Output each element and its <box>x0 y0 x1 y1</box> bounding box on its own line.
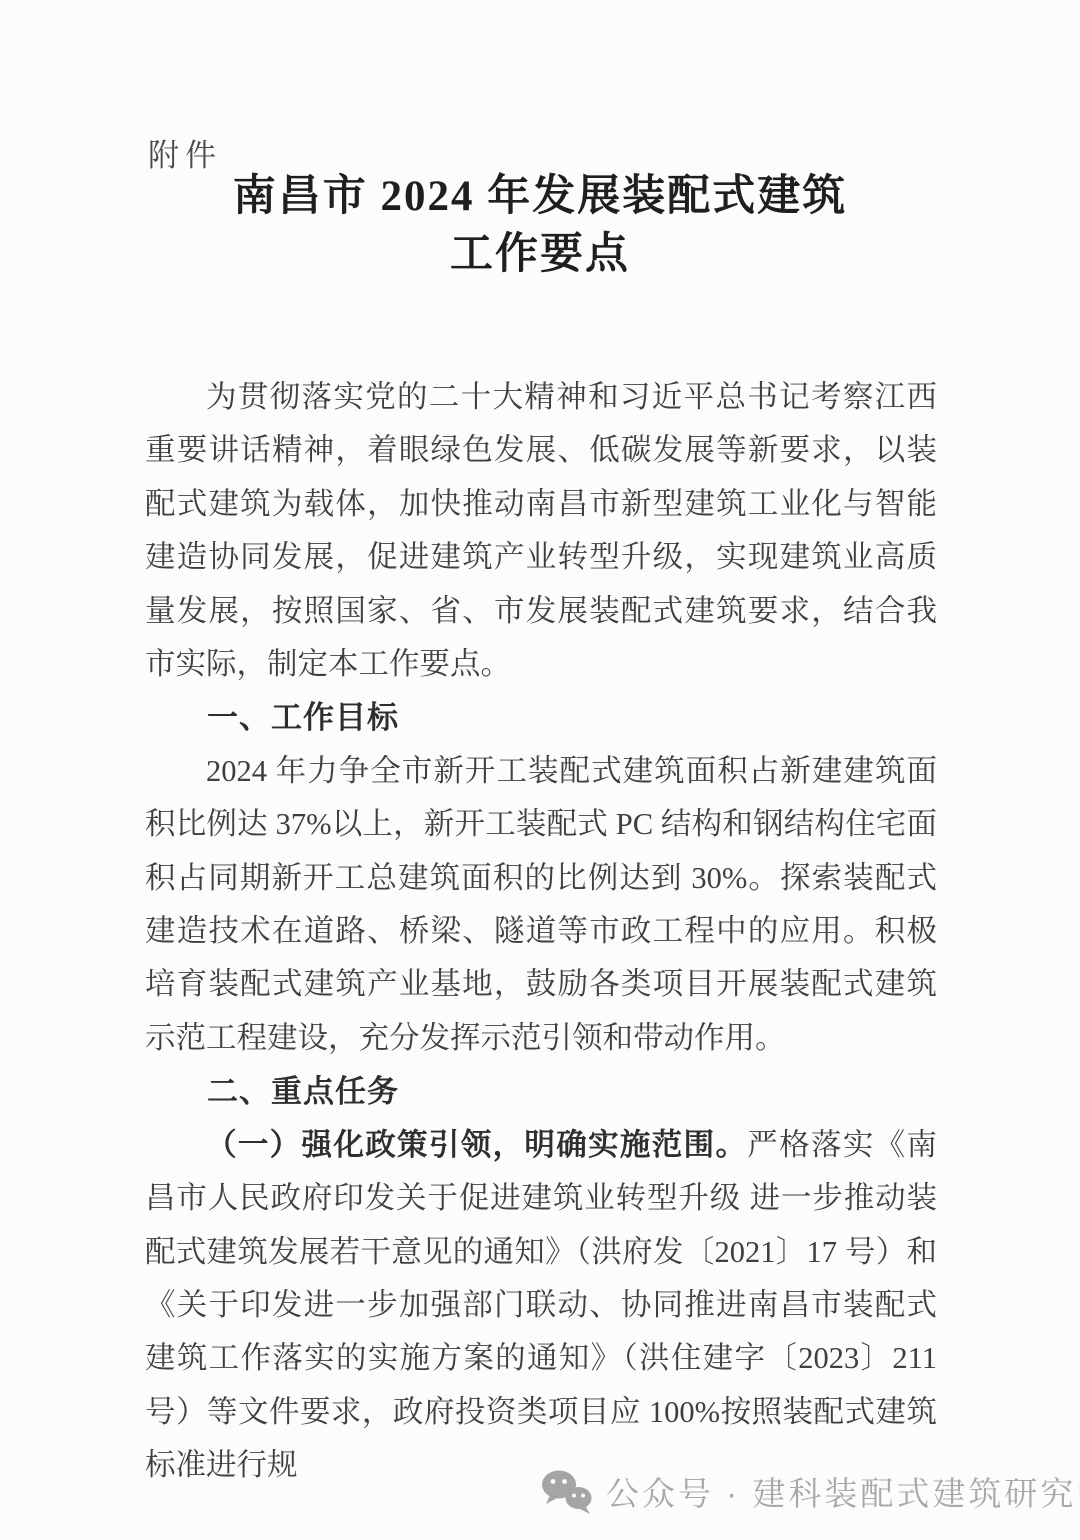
document-title-line2: 工作要点 <box>0 226 1080 284</box>
section-heading-key-tasks: 二、重点任务 <box>145 1065 937 1118</box>
section1-paragraph: 2024 年力争全市新开工装配式建筑面积占新建建筑面积比例达 37%以上，新开工… <box>145 745 937 1065</box>
watermark-footer: 公众号 · 建科装配式建筑研究中心 <box>540 1468 1080 1515</box>
item1-lead-text: （一）强化政策引领，明确实施范围。 <box>206 1128 747 1162</box>
document-title: 南昌市 2024 年发展装配式建筑 工作要点 <box>0 168 1080 284</box>
section2-item1-paragraph: （一）强化政策引领，明确实施范围。严格落实《南昌市人民政府印发关于促进建筑业转型… <box>145 1119 937 1493</box>
watermark-text: 公众号 · 建科装配式建筑研究中心 <box>606 1468 1080 1515</box>
section-heading-work-goals: 一、工作目标 <box>145 691 937 744</box>
intro-paragraph: 为贯彻落实党的二十大精神和习近平总书记考察江西重要讲话精神，着眼绿色发展、低碳发… <box>145 371 937 691</box>
document-title-line1: 南昌市 2024 年发展装配式建筑 <box>0 168 1080 226</box>
wechat-icon <box>540 1469 594 1515</box>
scanned-document-page: 附件 南昌市 2024 年发展装配式建筑 工作要点 为贯彻落实党的二十大精神和习… <box>0 0 1080 1540</box>
item1-body-text: 严格落实《南昌市人民政府印发关于促进建筑业转型升级 进一步推动装配式建筑发展若干… <box>145 1128 937 1482</box>
document-body: 为贯彻落实党的二十大精神和习近平总书记考察江西重要讲话精神，着眼绿色发展、低碳发… <box>145 371 937 1493</box>
